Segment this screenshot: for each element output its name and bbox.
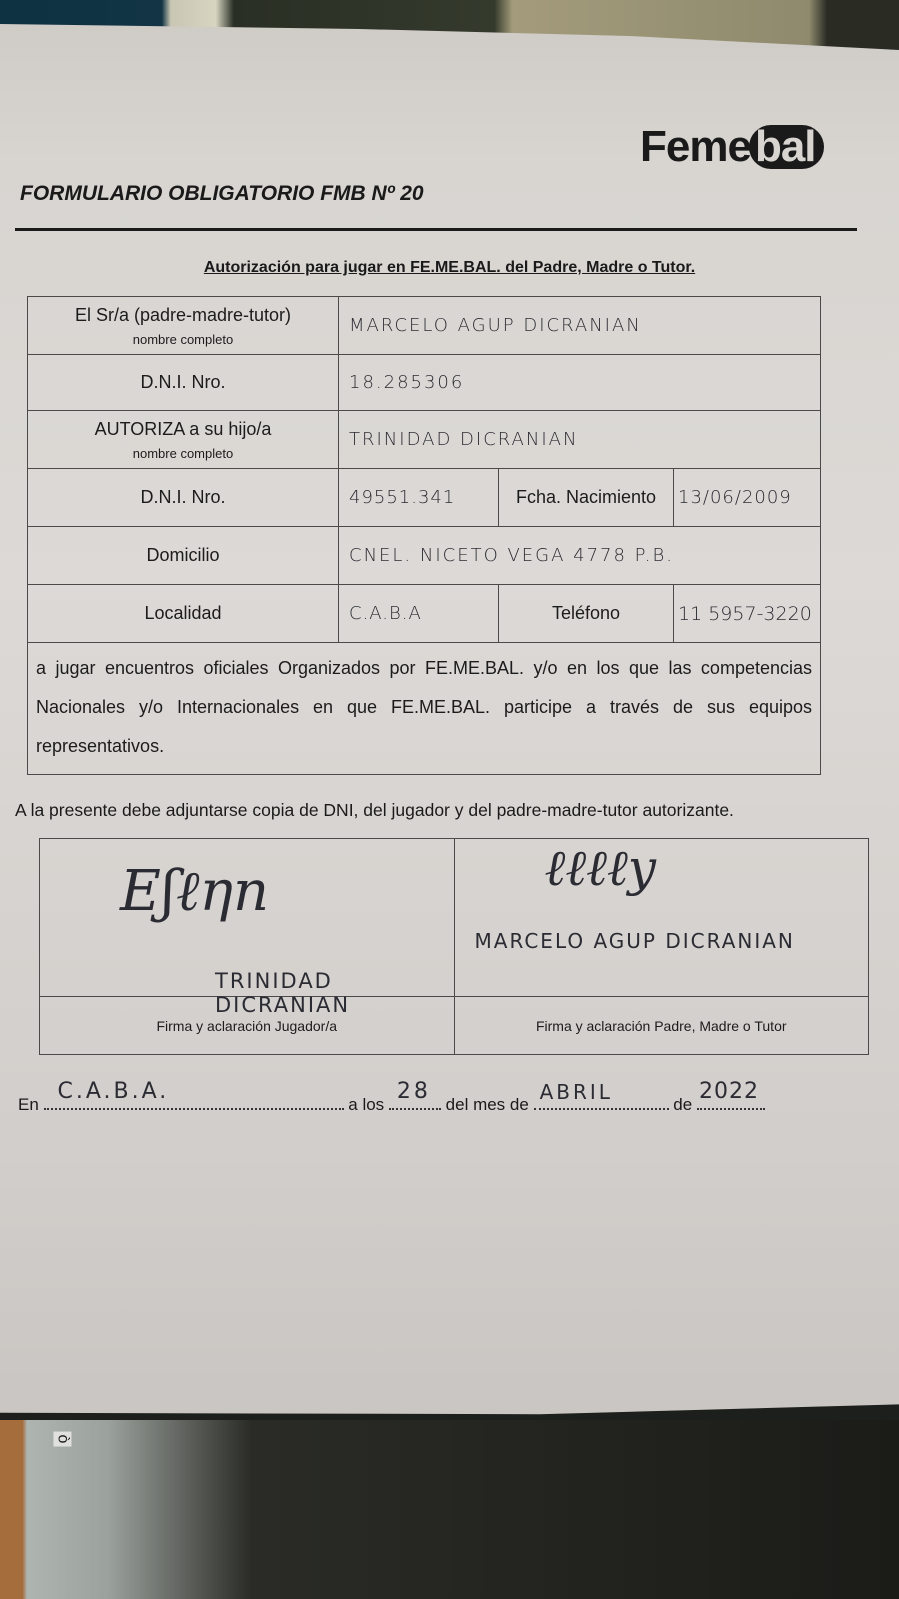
birth-date-label: Fcha. Nacimiento xyxy=(499,469,674,527)
a-los-label: a los xyxy=(348,1095,384,1114)
child-label-cell: AUTORIZA a su hijo/a nombre completo xyxy=(28,411,339,469)
background-bottom xyxy=(0,1420,899,1599)
parent-signature-cell[interactable]: ℓℓℓℓy MARCELO AGUP DICRANIAN xyxy=(454,839,869,997)
row-parent-name: El Sr/a (padre-madre-tutor) nombre compl… xyxy=(28,297,821,355)
player-signature-caption: Firma y aclaración Jugador/a xyxy=(40,997,455,1055)
authorization-table: El Sr/a (padre-madre-tutor) nombre compl… xyxy=(27,296,821,775)
background-paper-label: ò xyxy=(53,1432,71,1447)
place-date-line: En C.A.B.A. a los 28 del mes de ABRIL de… xyxy=(18,1090,858,1115)
place-field[interactable]: C.A.B.A. xyxy=(44,1090,344,1110)
parent-sublabel: nombre completo xyxy=(29,332,337,347)
signature-table: Eʃℓηn TRINIDAD DICRANIAN ℓℓℓℓy MARCELO A… xyxy=(39,838,869,1055)
parent-name-field[interactable]: MARCELO AGUP DICRANIAN xyxy=(339,297,821,355)
address-field[interactable]: CNEL. NICETO VEGA 4778 P.B. xyxy=(339,527,821,585)
femebal-logo: Femebal xyxy=(640,122,824,172)
row-parent-dni: D.N.I. Nro. 18.285306 xyxy=(28,355,821,411)
child-dni-field[interactable]: 49551.341 xyxy=(339,469,499,527)
row-child-dni: D.N.I. Nro. 49551.341 Fcha. Nacimiento 1… xyxy=(28,469,821,527)
day-field[interactable]: 28 xyxy=(389,1090,441,1110)
row-authorization-text: a jugar encuentros oficiales Organizados… xyxy=(28,643,821,775)
attachment-note: A la presente debe adjuntarse copia de D… xyxy=(15,800,734,821)
day-value: 28 xyxy=(397,1079,431,1104)
parent-signature-caption: Firma y aclaración Padre, Madre o Tutor xyxy=(454,997,869,1055)
place-value: C.A.B.A. xyxy=(58,1079,170,1104)
parent-signature: ℓℓℓℓy xyxy=(545,839,657,897)
child-label: AUTORIZA a su hijo/a xyxy=(95,419,272,439)
child-sublabel: nombre completo xyxy=(29,446,337,461)
logo-ball-icon: bal xyxy=(749,125,824,169)
row-address: Domicilio CNEL. NICETO VEGA 4778 P.B. xyxy=(28,527,821,585)
locality-field[interactable]: C.A.B.A xyxy=(339,585,499,643)
logo-text: Feme xyxy=(640,122,751,171)
month-field[interactable]: ABRIL xyxy=(534,1090,669,1110)
authorization-text: a jugar encuentros oficiales Organizados… xyxy=(28,643,821,775)
year-value: 2022 xyxy=(699,1079,759,1104)
parent-printed-name: MARCELO AGUP DICRANIAN xyxy=(475,929,795,953)
parent-dni-field[interactable]: 18.285306 xyxy=(339,355,821,411)
child-dni-label: D.N.I. Nro. xyxy=(28,469,339,527)
de-label: de xyxy=(673,1095,692,1114)
title-divider xyxy=(15,228,857,231)
player-signature: Eʃℓηn xyxy=(120,859,269,924)
address-label: Domicilio xyxy=(28,527,339,585)
row-locality: Localidad C.A.B.A Teléfono 11 5957-3220 xyxy=(28,585,821,643)
year-field[interactable]: 2022 xyxy=(697,1090,765,1110)
month-value: ABRIL xyxy=(540,1080,613,1104)
phone-field[interactable]: 11 5957-3220 xyxy=(674,585,821,643)
form-title: FORMULARIO OBLIGATORIO FMB Nº 20 xyxy=(20,182,424,206)
row-child-name: AUTORIZA a su hijo/a nombre completo TRI… xyxy=(28,411,821,469)
parent-label: El Sr/a (padre-madre-tutor) xyxy=(75,305,291,325)
mes-label: del mes de xyxy=(446,1095,529,1114)
parent-dni-label: D.N.I. Nro. xyxy=(28,355,339,411)
en-label: En xyxy=(18,1095,39,1114)
child-name-field[interactable]: TRINIDAD DICRANIAN xyxy=(339,411,821,469)
player-signature-cell[interactable]: Eʃℓηn TRINIDAD DICRANIAN xyxy=(40,839,455,997)
signature-row: Eʃℓηn TRINIDAD DICRANIAN ℓℓℓℓy MARCELO A… xyxy=(40,839,869,997)
phone-label: Teléfono xyxy=(499,585,674,643)
form-subtitle: Autorización para jugar en FE.ME.BAL. de… xyxy=(0,259,899,277)
locality-label: Localidad xyxy=(28,585,339,643)
birth-date-field[interactable]: 13/06/2009 xyxy=(674,469,821,527)
parent-label-cell: El Sr/a (padre-madre-tutor) nombre compl… xyxy=(28,297,339,355)
caption-row: Firma y aclaración Jugador/a Firma y acl… xyxy=(40,997,869,1055)
